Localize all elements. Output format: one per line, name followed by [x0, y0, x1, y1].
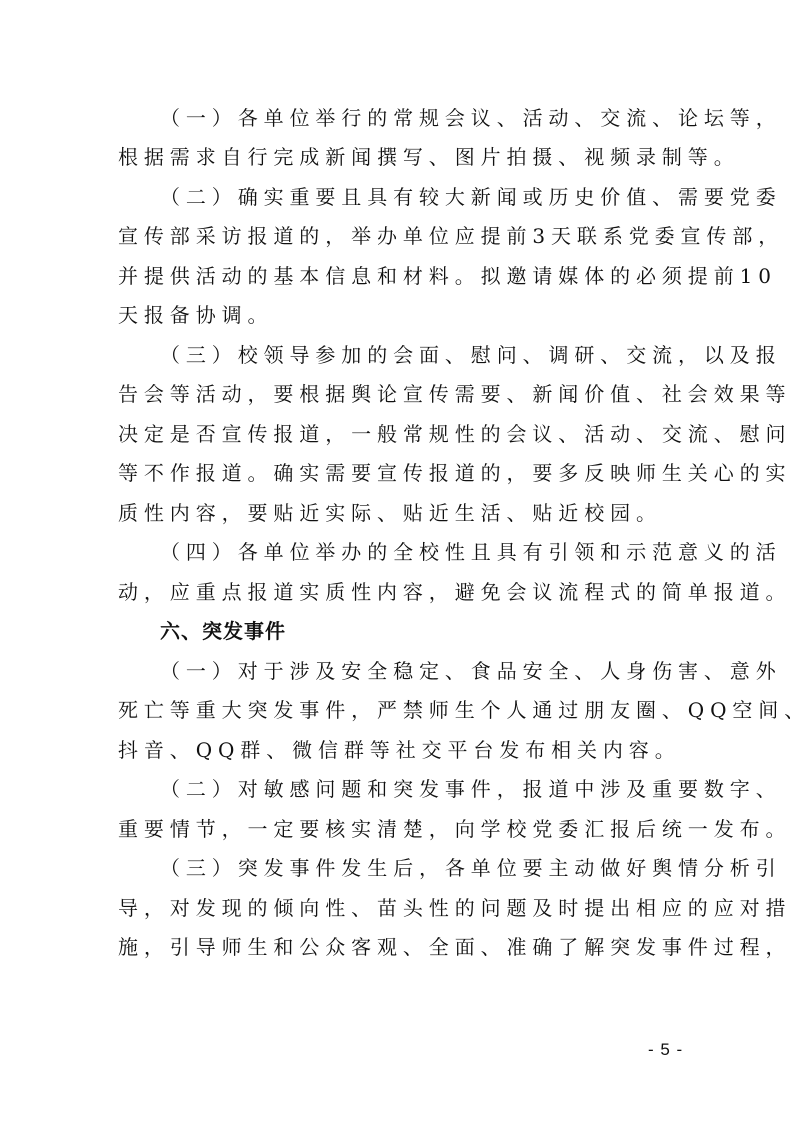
paragraph-6-2-line-2: 重要情节，一定要核实清楚，向学校党委汇报后统一发布。 — [118, 814, 678, 844]
paragraph-5-1-line-1: （一）各单位举行的常规会议、活动、交流、论坛等， — [160, 103, 680, 133]
paragraph-5-3-line-5: 质性内容，要贴近实际、贴近生活、贴近校园。 — [118, 498, 678, 528]
paragraph-5-2-line-4: 天报备协调。 — [118, 300, 678, 330]
paragraph-5-3-line-4: 等不作报道。确实需要宣传报道的，要多反映师生关心的实 — [118, 458, 678, 488]
paragraph-5-3-line-3: 决定是否宣传报道，一般常规性的会议、活动、交流、慰问 — [118, 419, 678, 449]
document-page: （一）各单位举行的常规会议、活动、交流、论坛等， 根据需求自行完成新闻撰写、图片… — [0, 0, 793, 1122]
paragraph-5-4-line-1: （四）各单位举办的全校性且具有引领和示范意义的活 — [160, 537, 680, 567]
paragraph-6-1-line-2: 死亡等重大突发事件，严禁师生个人通过朋友圈、QQ空间、 — [118, 695, 678, 725]
paragraph-6-1-line-3: 抖音、QQ群、微信群等社交平台发布相关内容。 — [118, 735, 678, 765]
paragraph-5-2-line-1: （二）确实重要且具有较大新闻或历史价值、需要党委 — [160, 182, 680, 212]
paragraph-6-3-line-2: 导，对发现的倾向性、苗头性的问题及时提出相应的应对措 — [118, 893, 678, 923]
paragraph-6-2-line-1: （二）对敏感问题和突发事件，报道中涉及重要数字、 — [160, 774, 680, 804]
paragraph-6-3-line-1: （三）突发事件发生后，各单位要主动做好舆情分析引 — [160, 853, 680, 883]
paragraph-5-3-line-2: 告会等活动，要根据舆论宣传需要、新闻价值、社会效果等 — [118, 379, 678, 409]
section-heading-6: 六、突发事件 — [160, 616, 720, 646]
paragraph-5-2-line-2: 宣传部采访报道的，举办单位应提前3天联系党委宣传部， — [118, 221, 678, 251]
page-number: - 5 - — [648, 1040, 683, 1060]
paragraph-5-2-line-3: 并提供活动的基本信息和材料。拟邀请媒体的必须提前10 — [118, 261, 678, 291]
paragraph-5-4-line-2: 动，应重点报道实质性内容，避免会议流程式的简单报道。 — [118, 577, 678, 607]
paragraph-6-1-line-1: （一）对于涉及安全稳定、食品安全、人身伤害、意外 — [160, 656, 680, 686]
paragraph-5-3-line-1: （三）校领导参加的会面、慰问、调研、交流，以及报 — [160, 340, 680, 370]
paragraph-5-1-line-2: 根据需求自行完成新闻撰写、图片拍摄、视频录制等。 — [118, 142, 678, 172]
paragraph-6-3-line-3: 施，引导师生和公众客观、全面、准确了解突发事件过程， — [118, 932, 678, 962]
